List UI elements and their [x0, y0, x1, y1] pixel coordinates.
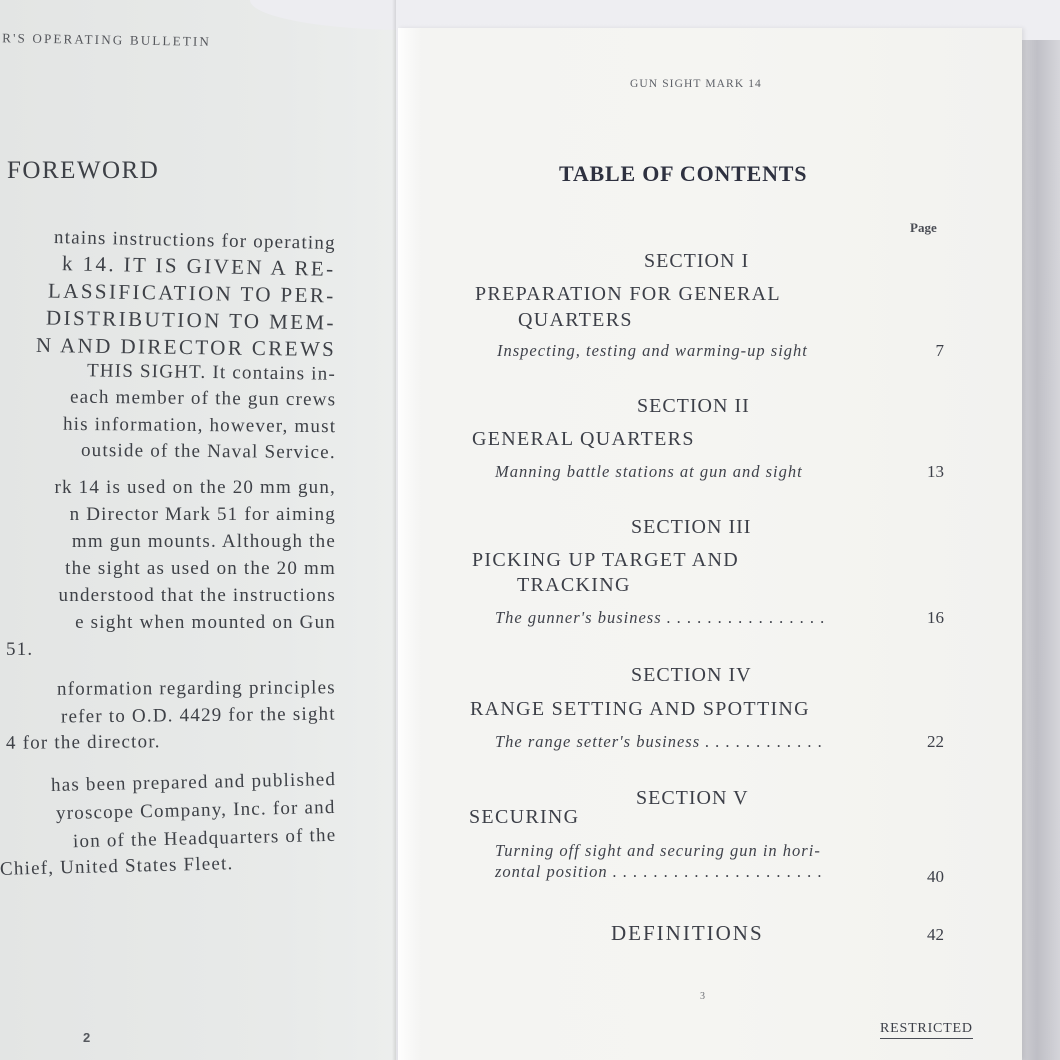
foreword-line: 4 for the director. [6, 731, 161, 755]
foreword-line: his information, however, must [63, 414, 336, 438]
toc-page-number[interactable]: 40 [904, 867, 944, 887]
foreword-line: n Director Mark 51 for aiming [70, 504, 336, 526]
right-running-head: GUN SIGHT MARK 14 [630, 78, 762, 90]
foreword-line: THIS SIGHT. It contains in- [87, 360, 336, 385]
toc-section-title: PICKING UP TARGET AND [472, 549, 739, 572]
toc-page-number[interactable]: 13 [904, 462, 944, 482]
foreword-line: ntains instructions for operating [54, 227, 336, 255]
toc-section-description[interactable]: Inspecting, testing and warming-up sight [497, 341, 808, 361]
toc-section-description[interactable]: Manning battle stations at gun and sight [495, 462, 803, 482]
foreword-line: has been prepared and published [51, 769, 337, 797]
foreword-line: N AND DIRECTOR CREWS [36, 333, 337, 362]
foreword-line: ion of the Headquarters of the [72, 825, 336, 853]
toc-section-title: QUARTERS [518, 309, 633, 332]
page-column-label: Page [910, 220, 937, 236]
toc-page-number[interactable]: 42 [904, 925, 944, 945]
toc-section-description[interactable]: Turning off sight and securing gun in ho… [495, 841, 821, 861]
toc-section-description[interactable]: The gunner's business . . . . . . . . . … [495, 608, 826, 628]
foreword-line: LASSIFICATION TO PER- [48, 278, 336, 308]
book-edge-shadow [1022, 40, 1060, 1060]
page-curl [250, 0, 396, 30]
left-page-number: 2 [83, 1030, 90, 1045]
toc-section-title: RANGE SETTING AND SPOTTING [470, 698, 810, 721]
classification-marking: RESTRICTED [880, 1021, 973, 1039]
right-page-number: 3 [700, 991, 705, 1002]
toc-section-label: SECTION IV [631, 664, 752, 687]
toc-title: TABLE OF CONTENTS [559, 161, 807, 187]
toc-section-title: SECURING [469, 806, 579, 829]
toc-page-number[interactable]: 22 [904, 732, 944, 752]
foreword-line: e sight when mounted on Gun [75, 612, 336, 634]
foreword-line: understood that the instructions [59, 585, 336, 607]
toc-section-title: TRACKING [517, 574, 631, 597]
foreword-line: each member of the gun crews [70, 387, 336, 412]
foreword-line: outside of the Naval Service. [81, 440, 336, 464]
foreword-title: FOREWORD [7, 157, 159, 185]
foreword-line: DISTRIBUTION TO MEM- [46, 305, 336, 335]
left-page: ER'S OPERATING BULLETIN FOREWORD ntains … [0, 0, 396, 1060]
foreword-line: Chief, United States Fleet. [0, 853, 234, 881]
foreword-line: rk 14 is used on the 20 mm gun, [54, 477, 336, 499]
foreword-line: mm gun mounts. Although the [72, 531, 336, 553]
foreword-line: 51. [6, 639, 33, 661]
foreword-line: yroscope Company, Inc. for and [56, 797, 336, 825]
foreword-line: k 14. IT IS GIVEN A RE- [62, 251, 336, 282]
toc-section-title: GENERAL QUARTERS [472, 428, 695, 451]
foreword-line: the sight as used on the 20 mm [65, 558, 336, 580]
left-running-head: ER'S OPERATING BULLETIN [0, 30, 211, 50]
toc-definitions[interactable]: DEFINITIONS [611, 921, 764, 946]
foreword-line: nformation regarding principles [57, 677, 336, 700]
toc-section-description[interactable]: The range setter's business . . . . . . … [495, 732, 823, 752]
toc-section-label: SECTION III [631, 516, 751, 539]
toc-section-title: PREPARATION FOR GENERAL [475, 283, 781, 306]
toc-page-number[interactable]: 16 [904, 608, 944, 628]
foreword-line: refer to O.D. 4429 for the sight [61, 704, 336, 729]
right-page: GUN SIGHT MARK 14 TABLE OF CONTENTS Page… [398, 28, 1022, 1060]
toc-page-number[interactable]: 7 [904, 341, 944, 361]
toc-section-label: SECTION V [636, 787, 749, 810]
toc-section-label: SECTION I [644, 250, 749, 273]
toc-section-label: SECTION II [637, 395, 750, 418]
toc-section-description[interactable]: zontal position . . . . . . . . . . . . … [495, 862, 823, 882]
